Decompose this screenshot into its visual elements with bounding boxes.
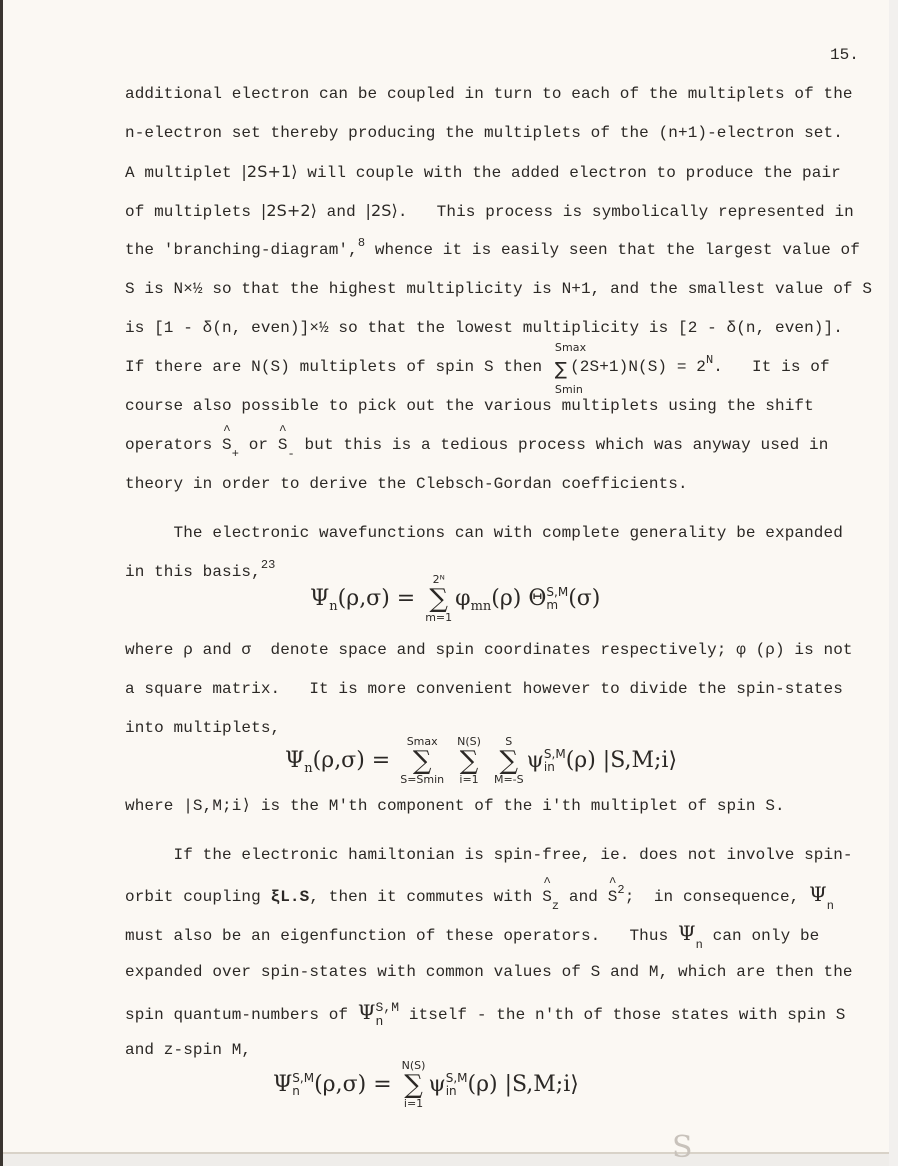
- text-line: the 'branching-diagram',8 whence it is e…: [125, 240, 860, 261]
- scan-right-edge: [889, 0, 898, 1166]
- text-line: course also possible to pick out the var…: [125, 396, 814, 416]
- sz-operator: S: [542, 887, 552, 907]
- text-line: additional electron can be coupled in tu…: [125, 84, 853, 104]
- ket-2s-plus-2: |2S+2⟩: [261, 201, 317, 220]
- text-line: If there are N(S) multiplets of spin S t…: [125, 357, 830, 381]
- summation-symbol: N(S)∑i=1: [457, 736, 481, 786]
- text-line: S is N×½ so that the highest multiplicit…: [125, 279, 872, 299]
- text-line: a square matrix. It is more convenient h…: [125, 679, 843, 699]
- citation-superscript: 8: [358, 236, 365, 250]
- text-line: into multiplets,: [125, 718, 280, 738]
- text-line: where ρ and σ denote space and spin coor…: [125, 640, 853, 660]
- equation-multiplet-expansion: Ψn(ρ,σ) = Smax∑S=Smin N(S)∑i=1 S∑M=-SψS,…: [285, 736, 677, 786]
- text-line: A multiplet |2S+1⟩ will couple with the …: [125, 162, 841, 183]
- pencil-mark: S: [672, 1130, 693, 1165]
- page-number: 15.: [830, 46, 859, 64]
- s-plus-operator: S: [222, 435, 232, 455]
- psi-symbol: Ψ: [809, 882, 827, 906]
- equation-basis-expansion: Ψn(ρ,σ) = 2ᴺ∑m=1φmn(ρ) ΘS,Mm(σ): [310, 574, 600, 624]
- text-line: where |S,M;i⟩ is the M'th component of t…: [125, 796, 785, 816]
- text-line: must also be an eigenfunction of these o…: [125, 923, 819, 947]
- equation-spin-eigenstate-expansion: ΨS,Mn(ρ,σ) = N(S)∑i=1ψS,Min(ρ) |S,M;i⟩: [273, 1060, 579, 1110]
- text-line: theory in order to derive the Clebsch-Go…: [125, 474, 688, 494]
- psi-symbol: Ψ: [358, 1000, 376, 1024]
- ket-2s: |2S⟩: [366, 201, 398, 220]
- text-line: expanded over spin-states with common va…: [125, 962, 853, 982]
- psi-symbol: Ψ: [678, 921, 696, 945]
- summation-symbol: Smax∑S=Smin: [400, 736, 444, 786]
- text-line: is [1 - δ(n, even)]×½ so that the lowest…: [125, 318, 843, 338]
- ket-2s-plus-1: |2S+1⟩: [241, 162, 297, 181]
- text-line: operators S+ or S- but this is a tedious…: [125, 435, 828, 456]
- spin-orbit-coupling-term: ξL.S: [271, 888, 310, 906]
- text-line: If the electronic hamiltonian is spin-fr…: [125, 845, 853, 865]
- text-line: of multiplets |2S+2⟩ and |2S⟩. This proc…: [125, 201, 854, 222]
- summation-symbol: S∑M=-S: [494, 736, 524, 786]
- text-line: spin quantum-numbers of ΨS,Mn itself - t…: [125, 1001, 845, 1029]
- s-minus-operator: S: [278, 435, 288, 455]
- summation-symbol: 2ᴺ∑m=1: [425, 574, 452, 624]
- s-squared-operator: S: [608, 887, 618, 907]
- summation-symbol: Smax∑Smin: [555, 360, 567, 381]
- summation-symbol: N(S)∑i=1: [402, 1060, 426, 1110]
- text-line: in this basis,23: [125, 562, 275, 583]
- text-line: The electronic wavefunctions can with co…: [125, 523, 843, 543]
- citation-superscript: 23: [261, 558, 276, 572]
- text-line: n-electron set thereby producing the mul…: [125, 123, 843, 143]
- text-line: and z-spin M,: [125, 1040, 251, 1060]
- text-line: orbit coupling ξL.S, then it commutes wi…: [125, 884, 834, 908]
